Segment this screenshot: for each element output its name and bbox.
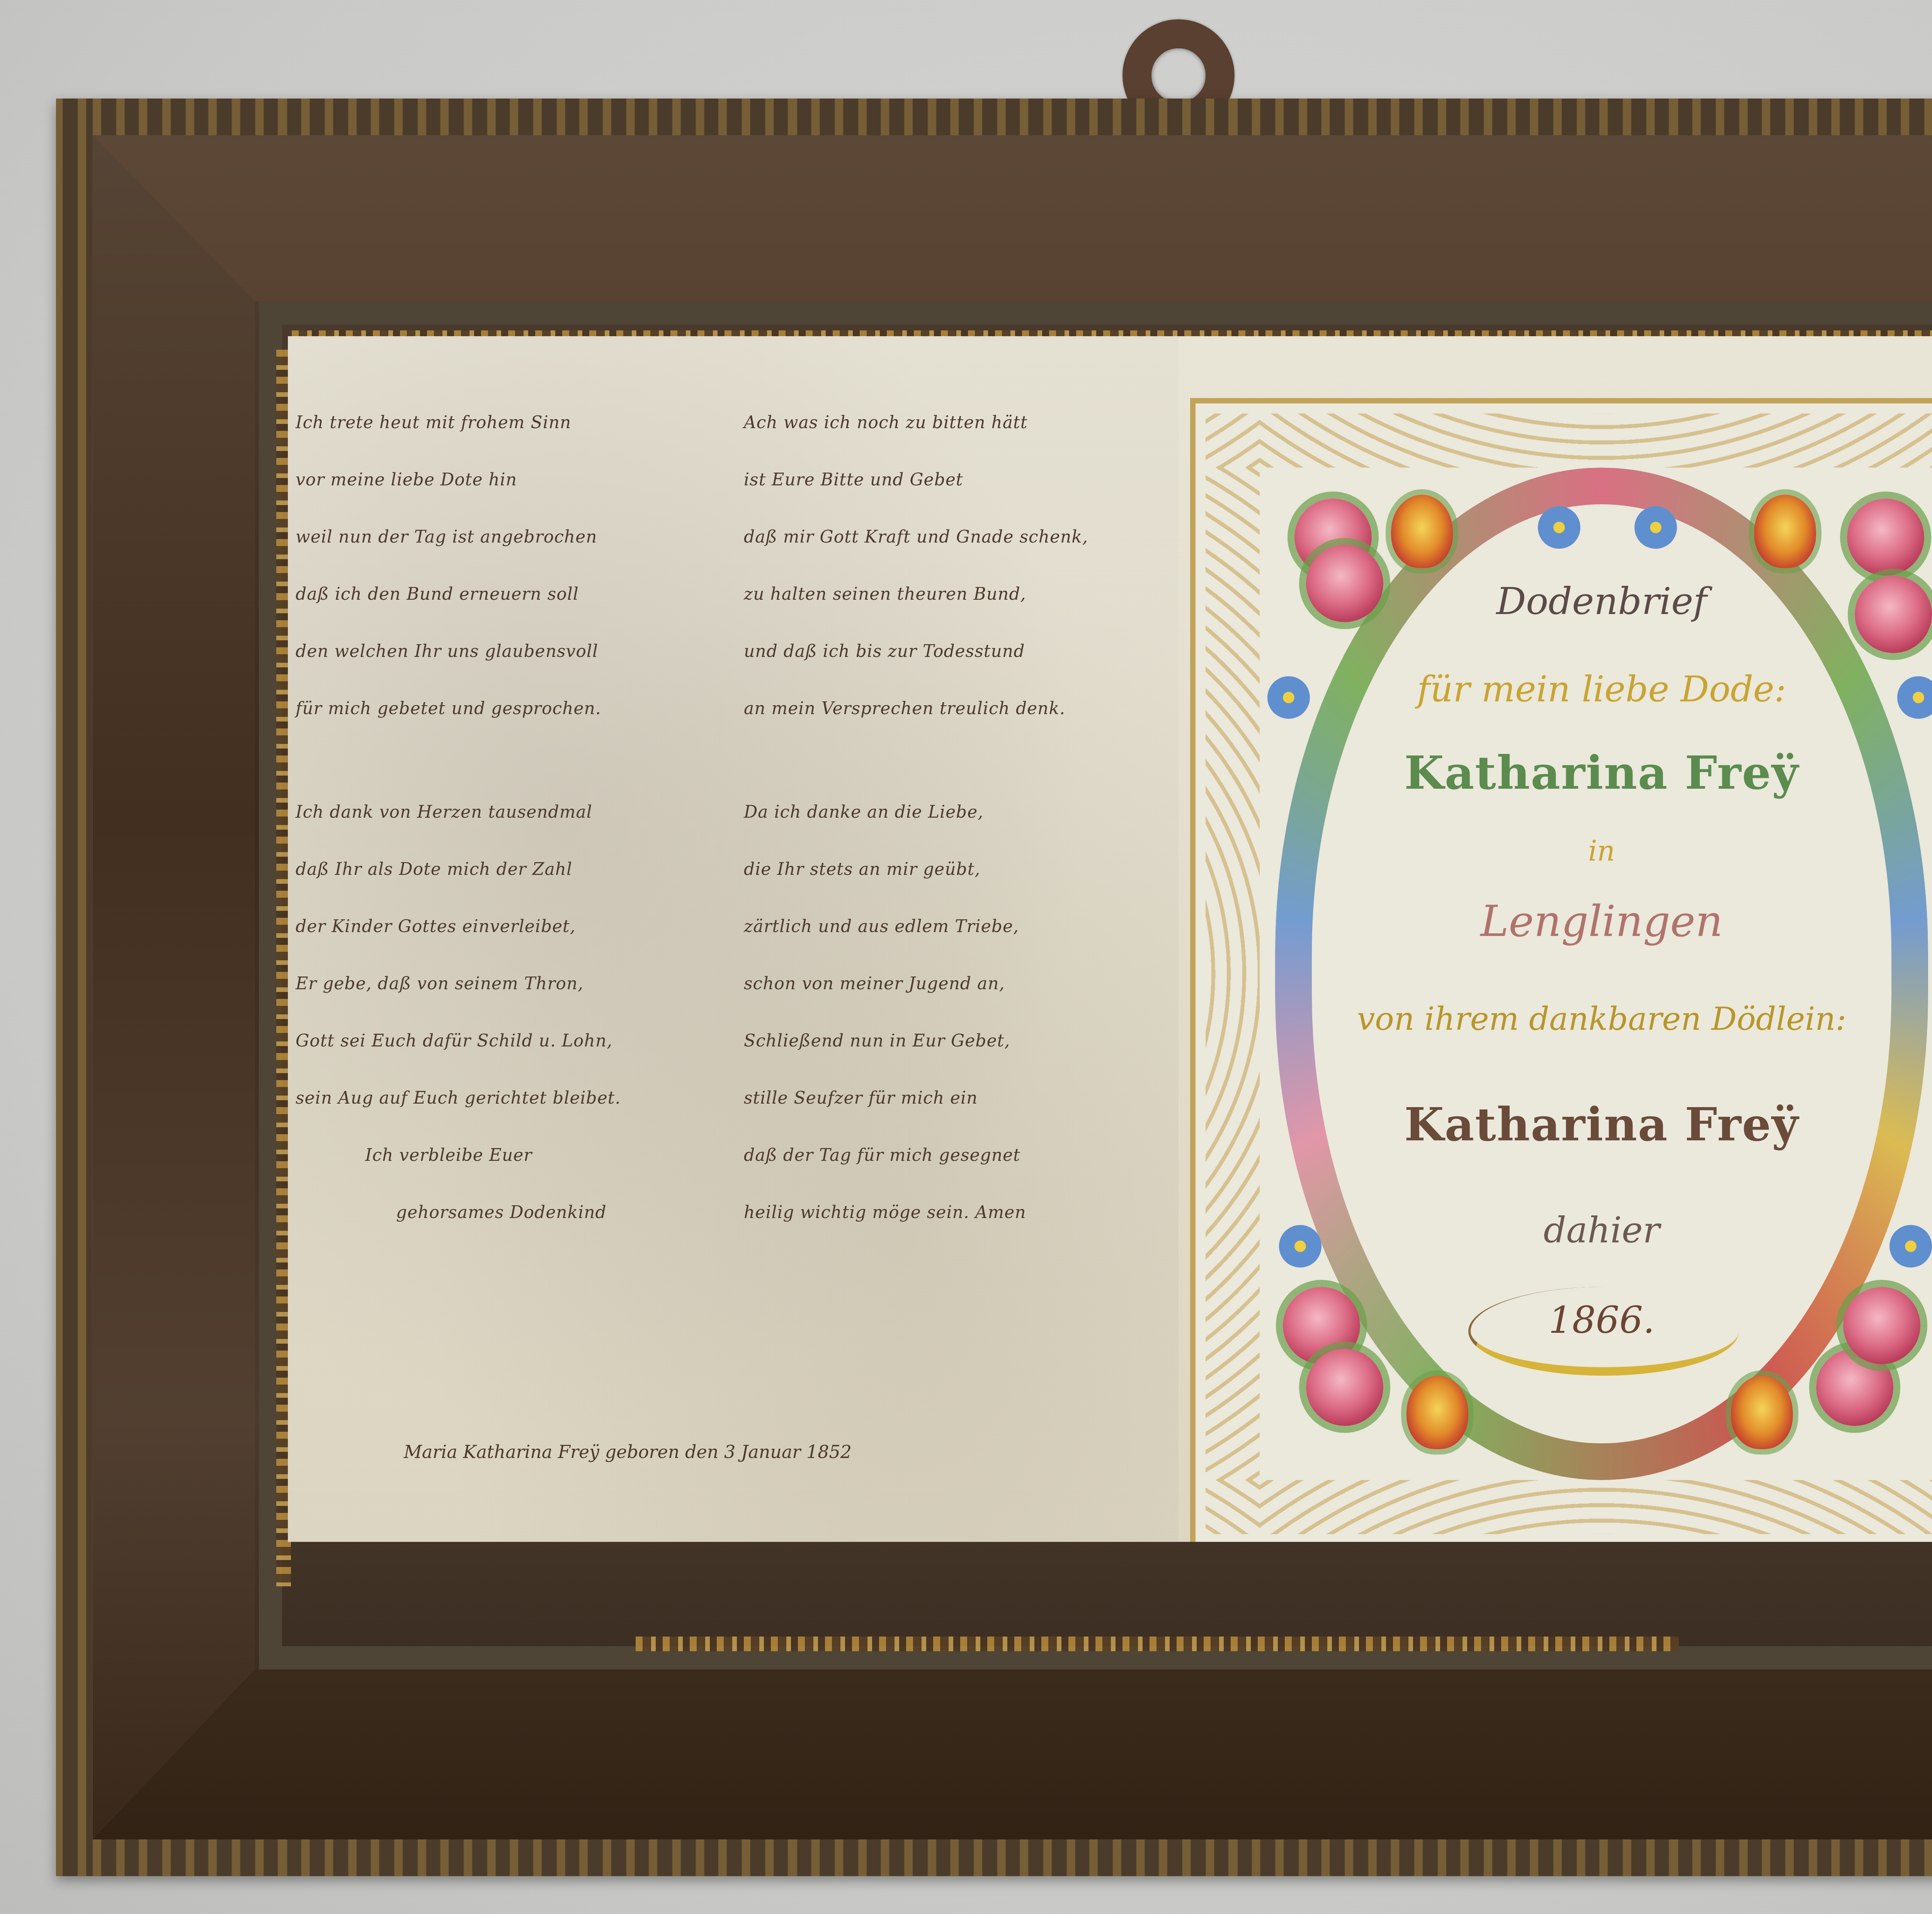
letter-signature: Maria Katharina Freÿ geboren den 3 Janua…: [404, 1441, 852, 1462]
letter-line: Ich trete heut mit frohem Sinn: [296, 394, 621, 451]
card-year: 1866.: [1190, 1298, 1932, 1342]
card-preposition: in: [1190, 835, 1932, 867]
card-location: dahier: [1190, 1210, 1932, 1251]
letter-closing-line: gehorsames Dodenkind: [296, 1184, 621, 1241]
letter-line: schon von meiner Jugend an,: [744, 955, 1088, 1012]
stanza: Ich trete heut mit frohem Sinn vor meine…: [296, 394, 621, 737]
letter-line: Schließend nun in Eur Gebet,: [744, 1012, 1088, 1070]
tulip-icon: [1731, 1376, 1793, 1449]
gold-trim-bottom: [636, 1637, 1679, 1651]
letter-line: den welchen Ihr uns glaubensvoll: [296, 623, 621, 680]
museum-photo: Ich trete heut mit frohem Sinn vor meine…: [0, 0, 1932, 1914]
stanza: Ich dank von Herzen tausendmal daß Ihr a…: [296, 784, 621, 1241]
letter-column-b: Ach was ich noch zu bitten hätt ist Eure…: [744, 394, 1088, 1288]
card-dedication: für mein liebe Dode:: [1190, 669, 1932, 710]
document-paper: Ich trete heut mit frohem Sinn vor meine…: [288, 336, 1932, 1542]
letter-line: stille Seufzer für mich ein: [744, 1070, 1088, 1127]
letter-line: weil nun der Tag ist angebrochen: [296, 509, 621, 566]
stanza: Da ich danke an die Liebe, die Ihr stets…: [744, 784, 1088, 1241]
recipient-name: Katharina Freÿ: [1190, 746, 1932, 800]
rose-icon: [1847, 498, 1924, 576]
sender-name: Katharina Freÿ: [1190, 1097, 1932, 1151]
card-place: Lenglingen: [1190, 897, 1932, 946]
blue-flower-icon: [1634, 506, 1677, 549]
decorative-card: Dodenbrief für mein liebe Dode: Katharin…: [1190, 398, 1932, 1542]
letter-line: sein Aug auf Euch gerichtet bleibet.: [296, 1070, 621, 1127]
letter-line: daß mir Gott Kraft und Gnade schenk,: [744, 509, 1088, 566]
letter-line: ist Eure Bitte und Gebet: [744, 451, 1088, 509]
letter-line: der Kinder Gottes einverleibet,: [296, 898, 621, 955]
card-title: Dodenbrief: [1190, 580, 1932, 623]
blue-flower-icon: [1538, 506, 1580, 549]
letter-line: Da ich danke an die Liebe,: [744, 784, 1088, 841]
letter-line: daß der Tag für mich gesegnet: [744, 1127, 1088, 1184]
letter-closing-line: Ich verbleibe Euer: [296, 1127, 621, 1184]
letter-line: vor meine liebe Dote hin: [296, 451, 621, 509]
handwritten-letter-page: Ich trete heut mit frohem Sinn vor meine…: [288, 336, 1179, 1542]
tulip-icon: [1406, 1376, 1468, 1449]
tulip-icon: [1754, 495, 1816, 568]
card-from-line: von ihrem dankbaren Dödlein:: [1190, 1001, 1932, 1038]
letter-line: Er gebe, daß von seinem Thron,: [296, 955, 621, 1012]
letter-line: daß ich den Bund erneuern soll: [296, 566, 621, 623]
tulip-icon: [1391, 495, 1453, 568]
letter-line: zärtlich und aus edlem Triebe,: [744, 898, 1088, 955]
rose-icon: [1306, 1349, 1383, 1426]
letter-line: die Ihr stets an mir geübt,: [744, 841, 1088, 898]
letter-line: zu halten seinen theuren Bund,: [744, 566, 1088, 623]
letter-line: Ach was ich noch zu bitten hätt: [744, 394, 1088, 451]
stanza: Ach was ich noch zu bitten hätt ist Eure…: [744, 394, 1088, 737]
letter-line: und daß ich bis zur Todesstund: [744, 623, 1088, 680]
letter-line: Gott sei Euch dafür Schild u. Lohn,: [296, 1012, 621, 1070]
letter-line: für mich gebetet und gesprochen.: [296, 680, 621, 737]
letter-line: heilig wichtig möge sein. Amen: [744, 1184, 1088, 1241]
letter-column-a: Ich trete heut mit frohem Sinn vor meine…: [296, 394, 621, 1288]
letter-line: an mein Versprechen treulich denk.: [744, 680, 1088, 737]
letter-line: Ich dank von Herzen tausendmal: [296, 784, 621, 841]
letter-line: daß Ihr als Dote mich der Zahl: [296, 841, 621, 898]
